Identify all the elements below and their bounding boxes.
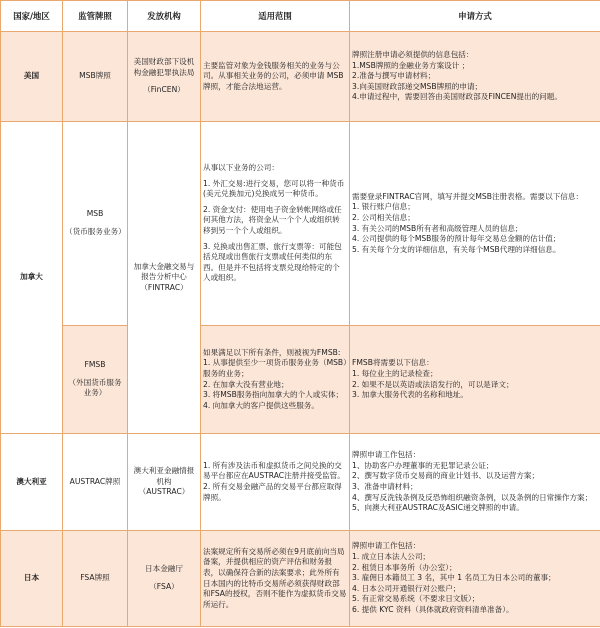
application-cell: FMSB将需要以下信息： 1. 每位业主的记录检查； 2. 如果不是以英语或法语… (350, 326, 600, 434)
authority-cell: 澳大利亚金融情报机构 （AUSTRAC） (128, 434, 201, 531)
application-line: 4.申请过程中，需要回答由美国财政部及FINCEN提出的问题。 (352, 92, 598, 103)
license-name: FMSB (65, 360, 125, 371)
scope-line: 4. 向加拿大的客户提供这些服务。 (203, 401, 347, 412)
scope-line: 2. 在加拿大没有营业地； (203, 380, 347, 391)
application-line: 6. 提供 KYC 资料（具体就政府资料清单准备）。 (352, 605, 598, 616)
license-cell: MSB （货币服务业务） (63, 122, 128, 326)
license-cell: FSA牌照 (63, 531, 128, 627)
authority-name: 美国财政部下设机构金融犯罪执法局 (130, 57, 198, 78)
scope-line: 2. 资金支付：使用电子资金转帐网络或任何其他方法，将资金从一个个人或组织转移到… (203, 205, 347, 237)
scope-cell: 如果满足以下所有条件，则被视为FMSB: 1. 从事提供至少一项货币服务业务（M… (201, 326, 350, 434)
application-line: 2. 租赁日本事务所（办公室）； (352, 563, 598, 574)
application-line: 2、撰写数字货币交易商的商业计划书、以及运营方案； (352, 471, 598, 482)
scope-cell: 从事以下业务的公司： 1. 外汇交易:进行交易，您可以将一种货币(美元兑换加元)… (201, 122, 350, 326)
application-line: 牌照申请工作包括： (352, 541, 598, 552)
application-cell: 牌照注册申请必须提供的信息包括： 1.MSB牌照的金融业务方案设计 ； 2.准备… (350, 32, 600, 122)
header-license: 监管牌照 (63, 1, 128, 32)
table-row-canada-fmsb: FMSB （外国货币服务业务） 如果满足以下所有条件，则被视为FMSB: 1. … (1, 326, 600, 434)
application-line: 5、向澳大利亚AUSTRAC及ASIC递交牌照的申请。 (352, 503, 598, 514)
application-line: 4、撰写反洗钱条例及反恐怖组织融资条例，以及条例的日常操作方案； (352, 493, 598, 504)
application-line: 3、准备申请材料； (352, 482, 598, 493)
application-line: 1.MSB牌照的金融业务方案设计 ； (352, 61, 598, 72)
scope-line: 从事以下业务的公司： (203, 163, 347, 174)
authority-name: 澳大利亚金融情报机构 (130, 466, 198, 487)
authority-abbr: （AUSTRAC） (130, 487, 198, 498)
authority-cell: 美国财政部下设机构金融犯罪执法局 （FinCEN） (128, 32, 201, 122)
table-row-usa: 美国 MSB牌照 美国财政部下设机构金融犯罪执法局 （FinCEN） 主要监管对… (1, 32, 600, 122)
country-cell: 澳大利亚 (1, 434, 63, 531)
application-line: 牌照申请工作包括： (352, 450, 598, 461)
scope-cell: 主要监管对象为金钱服务相关的业务与公司。从事相关业务的公司，必须申请 MSB 牌… (201, 32, 350, 122)
table-row-japan: 日本 FSA牌照 日本金融厅 （FSA） 法案规定所有交易所必须在9月底前向当局… (1, 531, 600, 627)
application-line: 5. 有正常交易系统（不要求日文版）； (352, 594, 598, 605)
authority-abbr: （FINTRAC） (130, 283, 198, 294)
license-cell: MSB牌照 (63, 32, 128, 122)
application-line: 2.准备与撰写申请材料； (352, 71, 598, 82)
license-comparison-table: 国家/地区 监管牌照 发放机构 适用范围 申请方式 美国 MSB牌照 美国财政部… (0, 0, 600, 627)
application-line: 1、协助客户办理董事的无犯罪记录公证； (352, 461, 598, 472)
scope-line: 2. 所有交易金融产品的交易平台都应取得牌照。 (203, 482, 347, 503)
authority-abbr: （FSA） (130, 582, 198, 593)
application-line: 4. 公司提供的每个MSB服务的预计每年交易总金额的估计值； (352, 234, 598, 245)
header-country: 国家/地区 (1, 1, 63, 32)
application-cell: 需要登录FINTRAC官网，填写并提交MSB注册表格。需要以下信息： 1. 银行… (350, 122, 600, 326)
application-line: 2. 如果不是以英语或法语发行的，可以是译文； (352, 380, 598, 391)
application-cell: 牌照申请工作包括： 1. 成立日本法人公司； 2. 租赁日本事务所（办公室）； … (350, 531, 600, 627)
authority-name: 日本金融厅 (130, 564, 198, 575)
header-application: 申请方式 (350, 1, 600, 32)
header-row: 国家/地区 监管牌照 发放机构 适用范围 申请方式 (1, 1, 600, 32)
country-cell: 加拿大 (1, 122, 63, 434)
country-cell: 美国 (1, 32, 63, 122)
table-row-australia: 澳大利亚 AUSTRAC牌照 澳大利亚金融情报机构 （AUSTRAC） 1. 所… (1, 434, 600, 531)
application-line: 3. 加拿大服务代表的名称和地址。 (352, 390, 598, 401)
application-line: 1. 每位业主的记录检查； (352, 369, 598, 380)
license-cell: FMSB （外国货币服务业务） (63, 326, 128, 434)
authority-abbr: （FinCEN） (130, 85, 198, 96)
application-line: 3. 有关公司的MSB所有者和高级管理人员的信息； (352, 224, 598, 235)
application-cell: 牌照申请工作包括： 1、协助客户办理董事的无犯罪记录公证； 2、撰写数字货币交易… (350, 434, 600, 531)
country-cell: 日本 (1, 531, 63, 627)
application-line: 需要登录FINTRAC官网，填写并提交MSB注册表格。需要以下信息： (352, 192, 598, 203)
authority-cell: 日本金融厅 （FSA） (128, 531, 201, 627)
scope-line: 3. 兑换或出售汇票、旅行支票等：可能包括兑现或出售旅行支票或任何类似的东西。但… (203, 242, 347, 284)
table-row-canada-msb: 加拿大 MSB （货币服务业务） 加拿大金融交易与报告分析中心 （FINTRAC… (1, 122, 600, 326)
application-line: 4. 日本公司开通银行对公账户； (352, 584, 598, 595)
scope-line: 1. 外汇交易:进行交易，您可以将一种货币(美元兑换加元)兑换成另一种货币。 (203, 179, 347, 200)
license-cell: AUSTRAC牌照 (63, 434, 128, 531)
license-name: MSB (65, 209, 125, 220)
scope-cell: 1. 所有涉及法币和虚拟货币之间兑换的交易平台都应在AUSTRAC注册并接受监管… (201, 434, 350, 531)
application-line: 牌照注册申请必须提供的信息包括： (352, 50, 598, 61)
license-desc: （外国货币服务业务） (65, 378, 125, 399)
application-line: 2. 公司相关信息； (352, 213, 598, 224)
scope-line: 如果满足以下所有条件，则被视为FMSB: (203, 348, 347, 359)
header-scope: 适用范围 (201, 1, 350, 32)
authority-cell: 加拿大金融交易与报告分析中心 （FINTRAC） (128, 122, 201, 434)
application-line: 3. 雇佣日本籍员工 3 名，其中 1 名员工为日本公司的董事； (352, 573, 598, 584)
scope-line: 1. 所有涉及法币和虚拟货币之间兑换的交易平台都应在AUSTRAC注册并接受监管… (203, 461, 347, 482)
scope-cell: 法案规定所有交易所必须在9月底前向当局备案，并提供相应的资产评估和财务报表，以确… (201, 531, 350, 627)
license-desc: （货币服务业务） (65, 227, 125, 238)
application-line: 1. 成立日本法人公司； (352, 552, 598, 563)
authority-name: 加拿大金融交易与报告分析中心 (130, 262, 198, 283)
application-line: 5. 有关每个分支的详细信息，有关每个MSB代理的详细信息。 (352, 245, 598, 256)
header-authority: 发放机构 (128, 1, 201, 32)
application-line: 3.向美国财政部递交MSB牌照的申请； (352, 82, 598, 93)
application-line: FMSB将需要以下信息： (352, 358, 598, 369)
scope-line: 1. 从事提供至少一项货币服务业务（MSB）服务的业务； (203, 358, 347, 379)
application-line: 1. 银行账户信息； (352, 202, 598, 213)
scope-line: 3. 将MSB服务指向加拿大的个人或实体； (203, 390, 347, 401)
